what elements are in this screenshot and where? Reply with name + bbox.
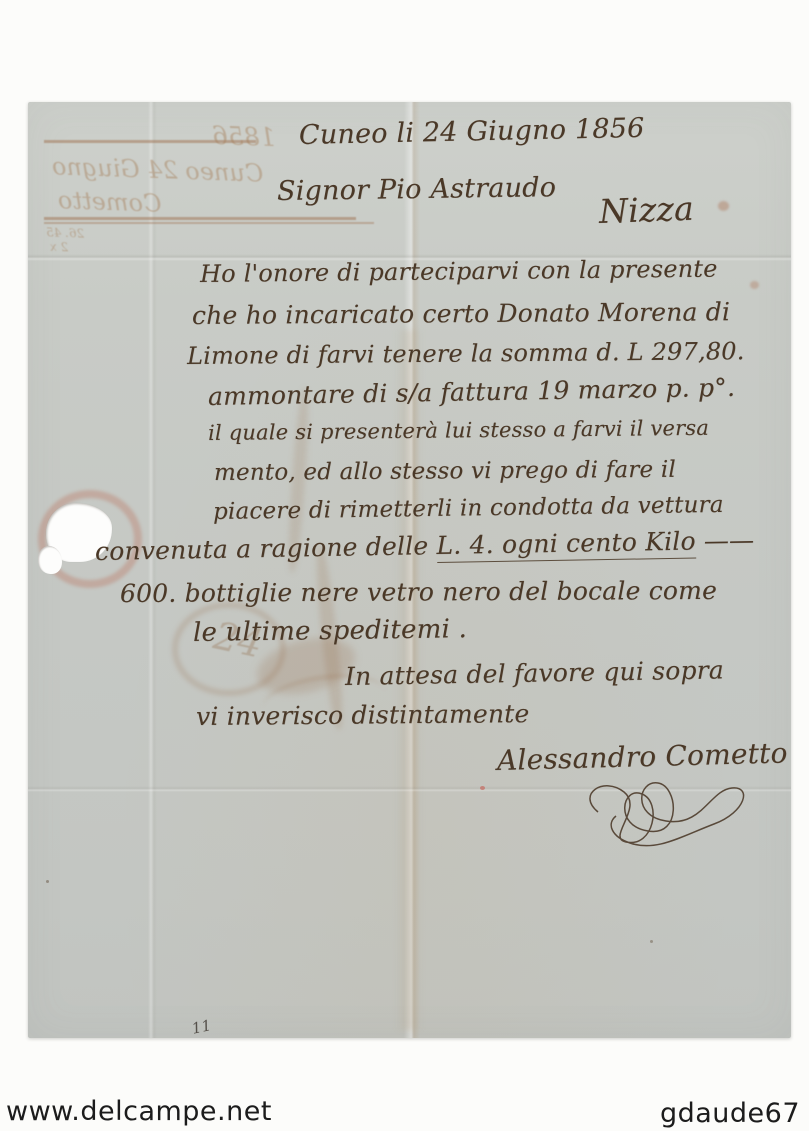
scanned-letter-image: 1856 Cuneo 24 Giugno Cometto 26. 45 2 x … (0, 0, 809, 1131)
watermark-left: www.delcampe.net (6, 1096, 272, 1127)
body-line: Limone di farvi tenere la somma d. L 297… (187, 337, 745, 370)
letter-paper (28, 102, 791, 1038)
body-line: Ho l'onore di parteciparvi con la presen… (200, 255, 718, 288)
underlined-amount: L. 4. ogni cento Kilo (436, 527, 696, 564)
body-line: vi inverisco distintamente (196, 699, 530, 731)
signature-flourish (560, 770, 755, 858)
bleedthrough-rule-line (44, 222, 374, 224)
bleedthrough-note: 26. 45 (46, 225, 85, 240)
body-line-pre: convenuta a ragione delle (95, 531, 437, 566)
body-line: mento, ed allo stesso vi prego di fare i… (214, 457, 676, 486)
body-line: 600. bottiglie nere vetro nero del bocal… (120, 576, 717, 608)
bleedthrough-rule-line (44, 217, 356, 220)
body-line: che ho incaricato certo Donato Morena di (192, 297, 730, 330)
body-line-post: —— (695, 525, 754, 555)
seal-hole-tear (38, 546, 62, 574)
bleedthrough-note: 2 x (50, 240, 69, 255)
body-line: le ultime speditemi . (193, 614, 467, 648)
bleedthrough-text-year: 1856 (212, 121, 277, 152)
recipient-line: Signor Pio Astraudo (277, 172, 557, 207)
destination: Nizza (598, 189, 694, 231)
watermark-right: gdaude67 (660, 1098, 800, 1129)
bleedthrough-text-name: Cometto (58, 186, 162, 218)
